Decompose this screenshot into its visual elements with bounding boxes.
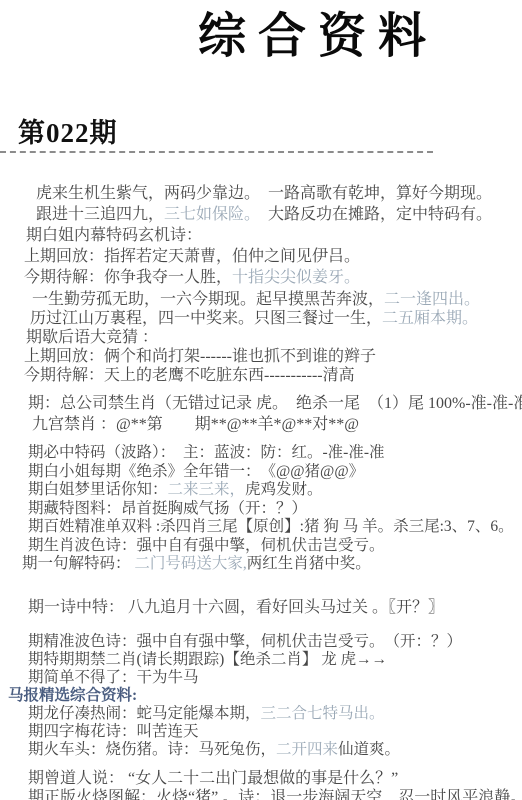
text-segment: 历过江山万裏程，四一中奖来。只图三餐过一生， bbox=[30, 310, 382, 327]
content-line: 期龙仔凑热闹：蛇马定能爆本期，三二合七特马出。 bbox=[0, 705, 522, 723]
page-title: 综合资料 bbox=[198, 8, 522, 64]
text-segment: 二一逢四出。 bbox=[384, 291, 480, 308]
text-segment: 九宫禁肖 ：@**第 期**@**羊*@**对**@ bbox=[32, 416, 359, 433]
content-line: 今期待解：天上的老鹰不吃脏东西-----------清高 bbox=[0, 366, 522, 385]
content-line: 期百姓精准单双料 :杀四肖三尾【原创】:猪 狗 马 羊。杀三尾:3、7、6。 bbox=[0, 518, 522, 537]
content-line: 上期回放：指挥若定天萧曹，伯仲之间见伊吕。 bbox=[0, 246, 522, 267]
content-line: 期：总公司禁生肖（无错过记录 虎。 绝杀一尾 （1）尾 100%-准-准-准 bbox=[0, 393, 522, 414]
text-segment: 十指尖尖似姜牙。 bbox=[232, 269, 360, 286]
text-segment: 期百姓精准单双料 :杀四肖三尾【原创】:猪 狗 马 羊。杀三尾:3、7、6。 bbox=[28, 518, 514, 535]
text-segment: 一生勤劳孤无助，一六今期现。起早摸黑苦奔波， bbox=[32, 291, 384, 308]
text-segment: 二来三来， bbox=[168, 481, 246, 498]
content-line: 期火车头：烧伤猪。诗：马死兔伤，二开四来仙道爽。 bbox=[0, 741, 522, 759]
text-segment: 一路高歌有乾坤，算好今期现。 bbox=[268, 185, 492, 202]
text-segment: 期白姐内幕特码玄机诗： bbox=[26, 227, 202, 244]
content-line: 九宫禁肖 ：@**第 期**@**羊*@**对**@ bbox=[0, 414, 522, 435]
content-line: 马报精选综合资料: bbox=[0, 687, 522, 705]
text-group: 虎来生机生紫气，两码少靠边。 一路高歌有乾坤，算好今期现。跟进十三追四九，三七如… bbox=[0, 183, 522, 288]
text-segment: 两红生肖猪中奖。 bbox=[247, 555, 371, 572]
text-segment: 期必中特码（波路）： 主：蓝波：防：红。-准-准-准 bbox=[28, 444, 385, 461]
content-line: 期歇后语大竞猜 ： bbox=[0, 328, 522, 347]
text-segment: 大路反功在摊路，定中特码有。 bbox=[268, 206, 492, 223]
content-line: 期正版火烧图解：火烧“猪” 。诗：退一步海阔天空，忍一时风平浪静。 bbox=[0, 788, 522, 800]
text-segment: 虎鸡发财。 bbox=[245, 481, 323, 498]
content-line: 期生肖波色诗：强中自有强中擎，伺机伏击岂受亏。 bbox=[0, 537, 522, 556]
content-line: 期白姐梦里话你知：二来三来，虎鸡发财。 bbox=[0, 481, 522, 500]
text-segment: 期一诗中特： 八九追月十六圆，看好回头马过关 。〖开？〗 bbox=[28, 599, 444, 616]
content-line: 一生勤劳孤无助，一六今期现。起早摸黑苦奔波，二一逢四出。 bbox=[0, 290, 522, 309]
text-segment: 上期回放：指挥若定天萧曹，伯仲之间见伊吕。 bbox=[24, 248, 360, 265]
text-group: 期一诗中特： 八九追月十六圆，看好回头马过关 。〖开？〗 bbox=[0, 598, 522, 618]
text-segment: 跟进十三追四九， bbox=[36, 206, 164, 223]
text-segment: 二五厢本期。 bbox=[382, 310, 478, 327]
text-segment: 期白姐梦里话你知： bbox=[28, 481, 168, 498]
text-segment bbox=[252, 185, 268, 202]
text-segment: 期一句解特码： bbox=[22, 555, 134, 572]
content-line: 期白小姐每期《绝杀》全年错一： 《@@猪@@》 bbox=[0, 463, 522, 482]
text-segment: 期生肖波色诗：强中自有强中擎，伺机伏击岂受亏。 bbox=[28, 537, 385, 554]
content-line: 期一诗中特： 八九追月十六圆，看好回头马过关 。〖开？〗 bbox=[0, 598, 522, 618]
text-group: 一生勤劳孤无助，一六今期现。起早摸黑苦奔波，二一逢四出。历过江山万裏程，四一中奖… bbox=[0, 290, 522, 385]
text-segment: 上期回放：俩个和尚打架------谁也抓不到谁的辫子 bbox=[24, 348, 376, 365]
text-segment bbox=[252, 206, 268, 223]
text-segment: 期曾道人说： “女人二十二出门最想做的事是什么？” bbox=[28, 770, 398, 787]
text-group: 期精准波色诗：强中自有强中擎，伺机伏击岂受亏。 （开：？）期特期期禁二肖(请长期… bbox=[0, 633, 522, 759]
text-segment: 期：总公司禁生肖（无错过记录 虎。 绝杀一尾 （1）尾 100%-准-准-准 bbox=[28, 395, 522, 412]
content-line: 跟进十三追四九，三七如保险。 大路反功在摊路，定中特码有。 bbox=[0, 204, 522, 225]
content-line: 期四字梅花诗：叫苦连天 bbox=[0, 723, 522, 741]
text-segment: 期火车头：烧伤猪。诗：马死兔伤， bbox=[28, 741, 276, 758]
text-segment: 马报精选综合资料: bbox=[8, 687, 137, 704]
text-segment: 期精准波色诗：强中自有强中擎，伺机伏击岂受亏。 （开：？） bbox=[28, 633, 462, 650]
content-line: 期一句解特码： 二门号码送大家,两红生肖猪中奖。 bbox=[0, 555, 522, 574]
text-segment: 今期待解：天上的老鹰不吃脏东西-----------清高 bbox=[24, 367, 355, 384]
content-line: 期藏特图料：昂首挺胸威气扬（开：？） bbox=[0, 500, 522, 519]
text-segment: 三七如保险。 bbox=[164, 206, 252, 223]
content: 虎来生机生紫气，两码少靠边。 一路高歌有乾坤，算好今期现。跟进十三追四九，三七如… bbox=[0, 153, 522, 800]
content-line: 期特期期禁二肖(请长期跟踪)【绝杀二肖】 龙 虎→→ bbox=[0, 651, 522, 669]
content-line: 期精准波色诗：强中自有强中擎，伺机伏击岂受亏。 （开：？） bbox=[0, 633, 522, 651]
content-line: 期必中特码（波路）： 主：蓝波：防：红。-准-准-准 bbox=[0, 444, 522, 463]
text-segment: 期歇后语大竞猜 ： bbox=[26, 329, 158, 346]
text-segment: 期白小姐每期《绝杀》全年错一： 《@@猪@@》 bbox=[28, 463, 364, 480]
content-line: 上期回放：俩个和尚打架------谁也抓不到谁的辫子 bbox=[0, 347, 522, 366]
text-segment: 三二合七特马出。 bbox=[261, 705, 385, 722]
text-segment: 期正版火烧图解：火烧“猪” 。诗：退一步海阔天空，忍一时风平浪静。 bbox=[28, 789, 522, 800]
page: 综合资料 第022期 虎来生机生紫气，两码少靠边。 一路高歌有乾坤，算好今期现。… bbox=[0, 8, 522, 800]
text-segment: 期特期期禁二肖(请长期跟踪)【绝杀二肖】 龙 虎→→ bbox=[28, 651, 387, 668]
text-group: 期必中特码（波路）： 主：蓝波：防：红。-准-准-准期白小姐每期《绝杀》全年错一… bbox=[0, 444, 522, 574]
text-segment: 二门号码送大家, bbox=[134, 555, 246, 572]
text-segment: 仙道爽。 bbox=[338, 741, 400, 758]
issue-number: 第022期 bbox=[18, 118, 522, 148]
content-line: 历过江山万裏程，四一中奖来。只图三餐过一生，二五厢本期。 bbox=[0, 309, 522, 328]
text-segment: 期简单不得了：干为牛马 bbox=[28, 669, 199, 686]
content-line: 虎来生机生紫气，两码少靠边。 一路高歌有乾坤，算好今期现。 bbox=[0, 183, 522, 204]
content-line: 期白姐内幕特码玄机诗： bbox=[0, 225, 522, 246]
text-group: 期曾道人说： “女人二十二出门最想做的事是什么？”期正版火烧图解：火烧“猪” 。… bbox=[0, 769, 522, 800]
content-line: 今期待解：你争我夺一人胜，十指尖尖似姜牙。 bbox=[0, 267, 522, 288]
text-segment: 期藏特图料：昂首挺胸威气扬（开：？） bbox=[28, 500, 307, 517]
text-segment: 二开四来 bbox=[276, 741, 338, 758]
text-segment: 期龙仔凑热闹：蛇马定能爆本期， bbox=[28, 705, 261, 722]
text-segment: 期四字梅花诗：叫苦连天 bbox=[28, 723, 199, 740]
content-line: 期曾道人说： “女人二十二出门最想做的事是什么？” bbox=[0, 769, 522, 788]
text-segment: 今期待解：你争我夺一人胜， bbox=[24, 269, 232, 286]
text-segment: 虎来生机生紫气，两码少靠边。 bbox=[36, 185, 252, 202]
text-group: 期：总公司禁生肖（无错过记录 虎。 绝杀一尾 （1）尾 100%-准-准-准九宫… bbox=[0, 393, 522, 435]
content-line: 期简单不得了：干为牛马 bbox=[0, 669, 522, 687]
